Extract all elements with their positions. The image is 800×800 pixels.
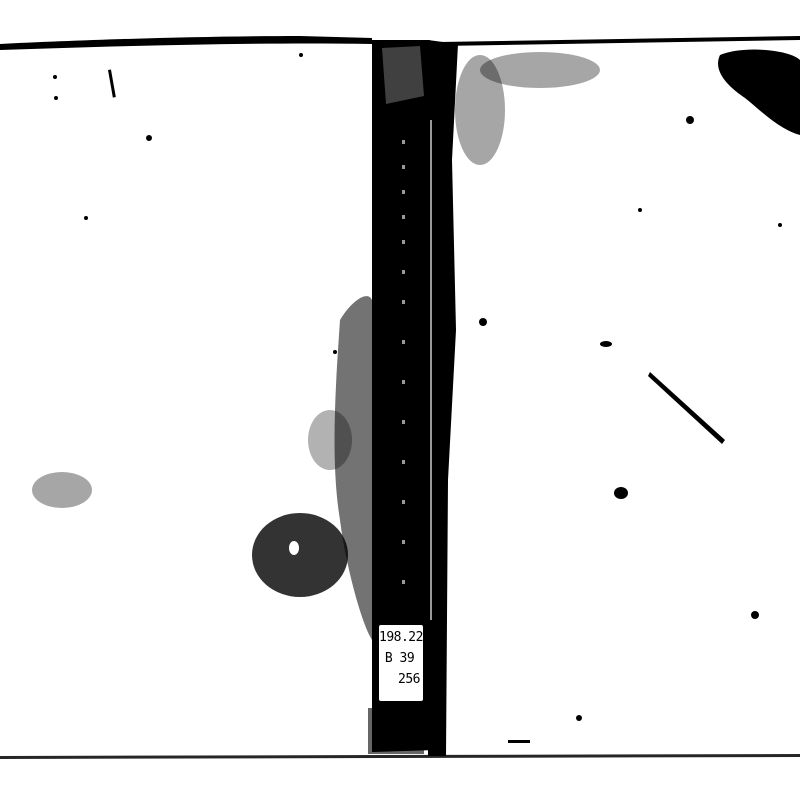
top-edge-right [440, 36, 800, 46]
top-edge-left [0, 36, 372, 50]
spine-wear-left [335, 296, 372, 640]
spine-hinge [428, 40, 458, 756]
stain-right-board [718, 50, 800, 135]
call-number-label: 198.221 B 39 256 [376, 622, 426, 704]
bottom-edge [0, 754, 800, 759]
stain-left-board [252, 513, 348, 597]
call-number-item: 256 [379, 669, 420, 690]
call-number-cutter: B 39 [379, 648, 420, 669]
call-number-class: 198.221 [379, 627, 420, 648]
